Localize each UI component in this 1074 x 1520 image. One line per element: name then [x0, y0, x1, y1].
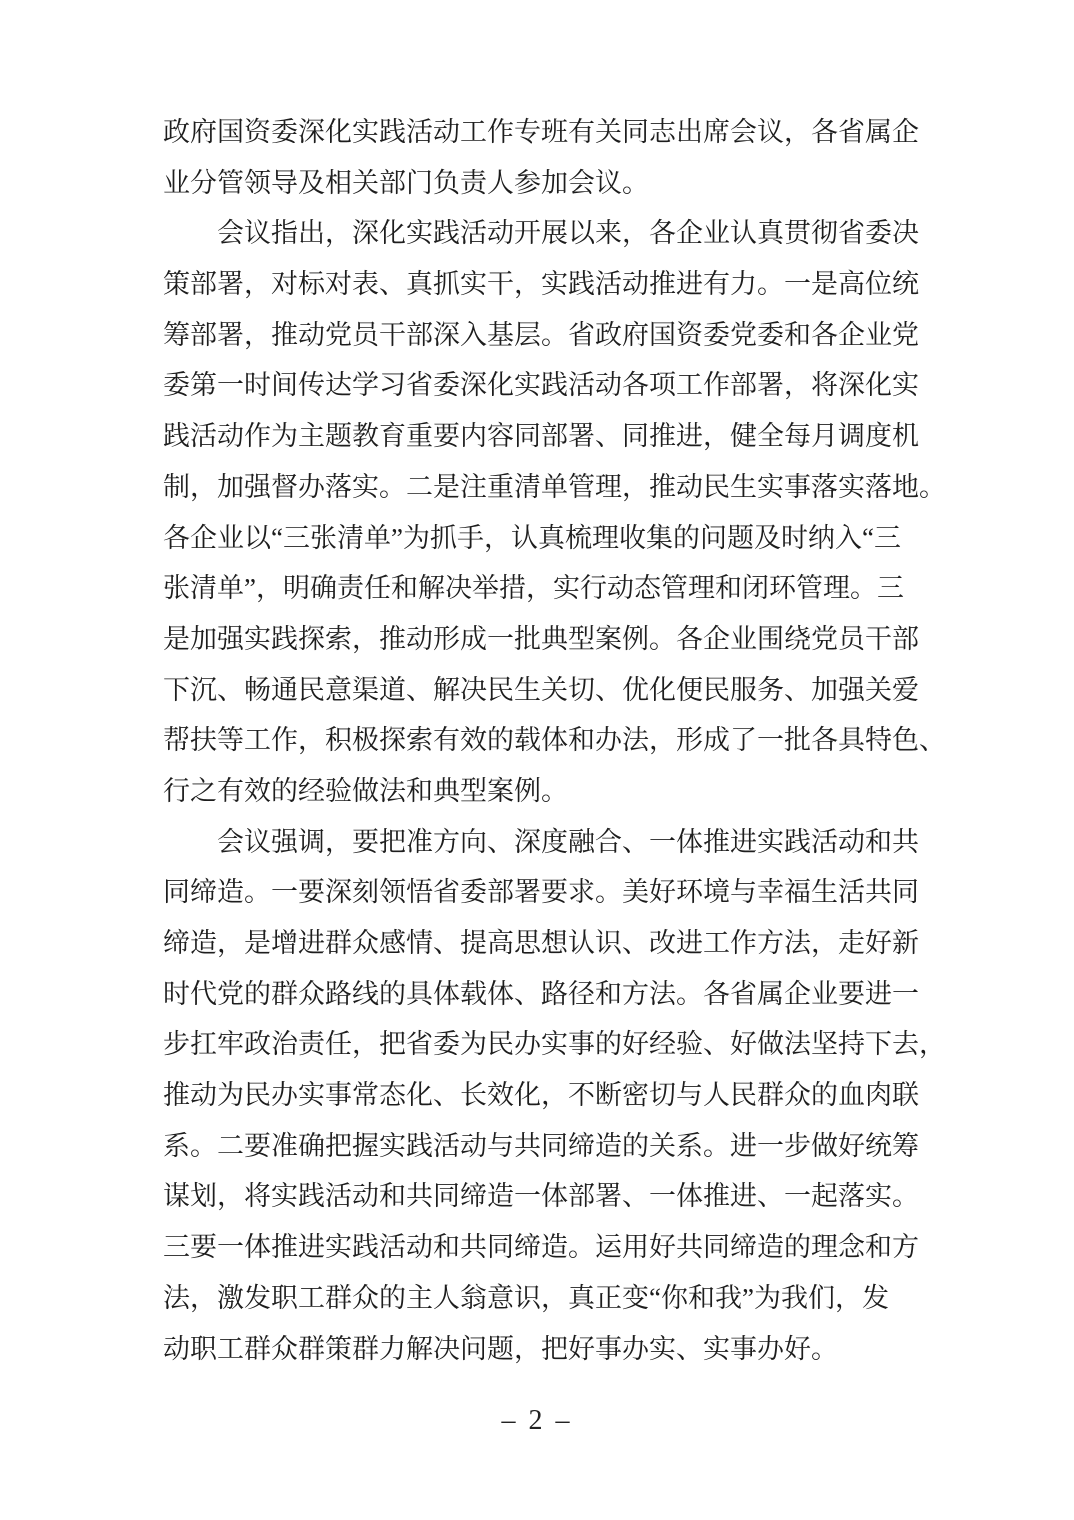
text-line: 帮扶等工作，积极探索有效的载体和办法，形成了一批各具特色、 [163, 715, 918, 766]
text-line: 各企业以“三张清单”为抓手，认真梳理收集的问题及时纳入“三 [163, 513, 918, 564]
text-line: 践活动作为主题教育重要内容同部署、同推进，健全每月调度机 [163, 411, 918, 462]
text-line: 是加强实践探索，推动形成一批典型案例。各企业围绕党员干部 [163, 614, 918, 665]
text-line: 推动为民办实事常态化、长效化，不断密切与人民群众的血肉联 [163, 1070, 918, 1121]
text-line: 三要一体推进实践活动和共同缔造。运用好共同缔造的理念和方 [163, 1222, 918, 1273]
text-line: 步扛牢政治责任，把省委为民办实事的好经验、好做法坚持下去， [163, 1019, 918, 1070]
text-line: 法，激发职工群众的主人翁意识，真正变“你和我”为我们，发 [163, 1273, 918, 1324]
text-line: 张清单”，明确责任和解决举措，实行动态管理和闭环管理。三 [163, 563, 918, 614]
text-line: 策部署，对标对表、真抓实干，实践活动推进有力。一是高位统 [163, 259, 918, 310]
page-number: – 2 – [0, 1405, 1074, 1437]
text-line: 时代党的群众路线的具体载体、路径和方法。各省属企业要进一 [163, 969, 918, 1020]
text-line: 委第一时间传达学习省委深化实践活动各项工作部署，将深化实 [163, 360, 918, 411]
text-line: 动职工群众群策群力解决问题，把好事办实、实事办好。 [163, 1324, 918, 1375]
text-line: 同缔造。一要深刻领悟省委部署要求。美好环境与幸福生活共同 [163, 867, 918, 918]
text-line: 会议强调，要把准方向、深度融合、一体推进实践活动和共 [163, 817, 918, 868]
text-line: 制，加强督办落实。二是注重清单管理，推动民生实事落实落地。 [163, 462, 918, 513]
document-body: 政府国资委深化实践活动工作专班有关同志出席会议，各省属企 业分管领导及相关部门负… [163, 107, 918, 1374]
text-line: 政府国资委深化实践活动工作专班有关同志出席会议，各省属企 [163, 107, 918, 158]
text-line: 行之有效的经验做法和典型案例。 [163, 766, 918, 817]
text-line: 会议指出，深化实践活动开展以来，各企业认真贯彻省委决 [163, 208, 918, 259]
document-page: 政府国资委深化实践活动工作专班有关同志出席会议，各省属企 业分管领导及相关部门负… [0, 0, 1074, 1520]
text-line: 缔造，是增进群众感情、提高思想认识、改进工作方法，走好新 [163, 918, 918, 969]
text-line: 下沉、畅通民意渠道、解决民生关切、优化便民服务、加强关爱 [163, 665, 918, 716]
text-line: 系。二要准确把握实践活动与共同缔造的关系。进一步做好统筹 [163, 1121, 918, 1172]
text-line: 业分管领导及相关部门负责人参加会议。 [163, 158, 918, 209]
text-line: 谋划，将实践活动和共同缔造一体部署、一体推进、一起落实。 [163, 1171, 918, 1222]
text-line: 筹部署，推动党员干部深入基层。省政府国资委党委和各企业党 [163, 310, 918, 361]
